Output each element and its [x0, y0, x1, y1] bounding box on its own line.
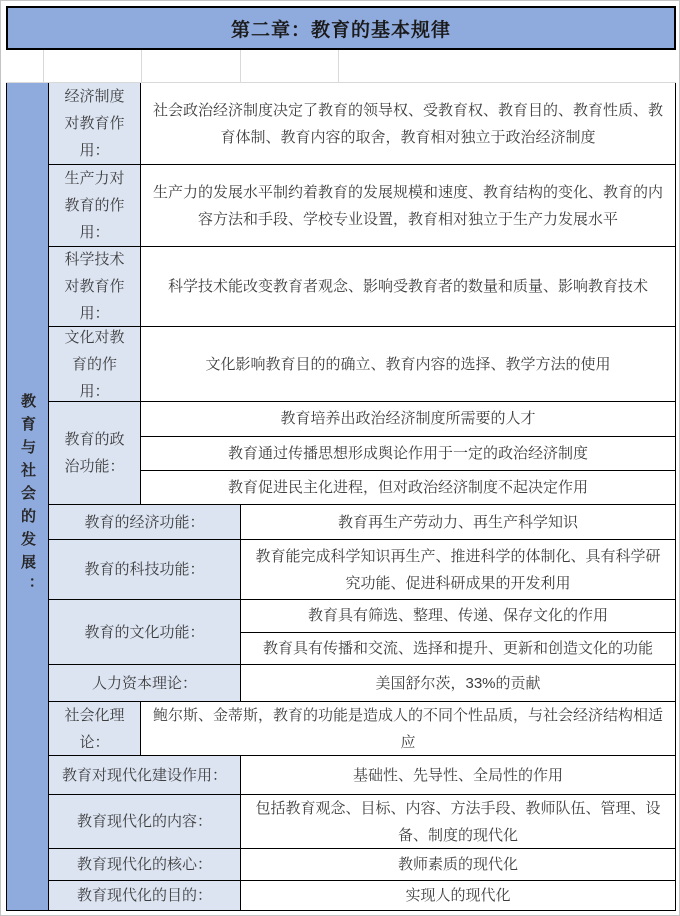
left-vertical-header: 教育与社会的发展： [7, 83, 49, 910]
sub-row-group: 教育培养出政治经济制度所需要的人才 教育通过传播思想形成舆论作用于一定的政治经济… [141, 402, 675, 504]
column-grid-line [240, 50, 241, 82]
row-content: 实现人的现代化 [241, 881, 675, 910]
row-label: 社会化理论： [49, 702, 141, 755]
row-content-text: 鲍尔斯、金蒂斯，教育的功能是造成人的不同个性品质，与社会经济结构相适应 [151, 702, 665, 756]
row-content-text: 教育能完成科学知识再生产、推进科学的体制化、具有科学研究功能、促进科研成果的开发… [251, 543, 665, 597]
table-row: 文化对教育的作用： 文化影响教育目的的确立、教育内容的选择、教学方法的使用 [49, 326, 675, 401]
table-row: 社会化理论： 鲍尔斯、金蒂斯，教育的功能是造成人的不同个性品质，与社会经济结构相… [49, 701, 675, 755]
page-title: 第二章：教育的基本规律 [231, 15, 451, 42]
row-label-text: 教育现代化的核心： [77, 851, 212, 878]
row-content-text: 社会政治经济制度决定了教育的领导权、受教育权、教育目的、教育性质、教育体制、教育… [151, 97, 665, 151]
table-row: 教育现代化的核心： 教师素质的现代化 [49, 848, 675, 880]
row-label-text: 教育现代化的内容： [77, 808, 212, 835]
row-content-text: 教师素质的现代化 [398, 851, 518, 878]
row-content-text: 文化影响教育目的的确立、教育内容的选择、教学方法的使用 [205, 351, 610, 378]
row-label: 教育对现代化建设作用： [49, 756, 241, 794]
table-rows: 经济制度对教育作用： 社会政治经济制度决定了教育的领导权、受教育权、教育目的、教… [49, 83, 675, 910]
sub-row-text: 教育通过传播思想形成舆论作用于一定的政治经济制度 [228, 442, 588, 466]
notes-table: 教育与社会的发展： 经济制度对教育作用： 社会政治经济制度决定了教育的领导权、受… [6, 83, 676, 911]
sub-row-text: 教育具有传播和交流、选择和提升、更新和创造文化的功能 [263, 637, 653, 661]
sub-row-text: 教育具有筛选、整理、传递、保存文化的作用 [308, 604, 608, 628]
row-label: 文化对教育的作用： [49, 327, 141, 401]
table-row: 教育的政治功能： 教育培养出政治经济制度所需要的人才 教育通过传播思想形成舆论作… [49, 401, 675, 504]
row-label-text: 教育对现代化建设作用： [62, 762, 227, 789]
left-vertical-header-text: 教育与社会的发展： [17, 393, 38, 600]
table-row: 教育的科技功能： 教育能完成科学知识再生产、推进科学的体制化、具有科学研究功能、… [49, 539, 675, 599]
row-label: 教育的经济功能： [49, 505, 241, 539]
row-content: 文化影响教育目的的确立、教育内容的选择、教学方法的使用 [141, 327, 675, 401]
row-label-text: 教育的文化功能： [84, 619, 204, 646]
row-label: 教育现代化的目的： [49, 881, 241, 910]
row-content: 教育再生产劳动力、再生产科学知识 [241, 505, 675, 539]
row-content: 教育能完成科学知识再生产、推进科学的体制化、具有科学研究功能、促进科研成果的开发… [241, 540, 675, 599]
row-label: 经济制度对教育作用： [49, 83, 141, 164]
row-label-text: 科学技术对教育作用： [64, 246, 125, 327]
sub-row-text: 教育培养出政治经济制度所需要的人才 [280, 407, 535, 431]
row-content-text: 科学技术能改变教育者观念、影响受教育者的数量和质量、影响教育技术 [168, 273, 648, 300]
row-content: 科学技术能改变教育者观念、影响受教育者的数量和质量、影响教育技术 [141, 247, 675, 326]
sub-row-group: 教育具有筛选、整理、传递、保存文化的作用 教育具有传播和交流、选择和提升、更新和… [241, 600, 675, 664]
row-label: 科学技术对教育作用： [49, 247, 141, 326]
column-grid-line [43, 50, 44, 82]
column-grid-line [338, 50, 339, 82]
row-content-text: 美国舒尔茨，33%的贡献 [375, 670, 540, 697]
row-label: 教育的科技功能： [49, 540, 241, 599]
sub-row: 教育具有传播和交流、选择和提升、更新和创造文化的功能 [241, 632, 675, 664]
row-content-text: 基础性、先导性、全局性的作用 [353, 762, 563, 789]
chapter-title-band: 第二章：教育的基本规律 [6, 6, 676, 50]
table-row: 教育现代化的目的： 实现人的现代化 [49, 880, 675, 910]
table-row: 教育现代化的内容： 包括教育观念、目标、内容、方法手段、教师队伍、管理、设备、制… [49, 794, 675, 848]
row-content-text: 包括教育观念、目标、内容、方法手段、教师队伍、管理、设备、制度的现代化 [251, 795, 665, 849]
row-label-text: 社会化理论： [64, 702, 125, 756]
row-content-text: 教育再生产劳动力、再生产科学知识 [338, 509, 578, 536]
document-page: 第二章：教育的基本规律 教育与社会的发展： 经济制度对教育作用： 社会政治经济制… [0, 0, 680, 916]
row-content: 包括教育观念、目标、内容、方法手段、教师队伍、管理、设备、制度的现代化 [241, 795, 675, 848]
table-row: 教育对现代化建设作用： 基础性、先导性、全局性的作用 [49, 755, 675, 794]
row-content-text: 生产力的发展水平制约着教育的发展规模和速度、教育结构的变化、教育的内容方法和手段… [151, 179, 665, 233]
row-label: 教育的文化功能： [49, 600, 241, 664]
row-label-text: 生产力对教育的作用： [64, 165, 125, 246]
column-grid-line [141, 50, 142, 82]
row-content: 美国舒尔茨，33%的贡献 [241, 665, 675, 701]
row-label-text: 教育现代化的目的： [77, 882, 212, 909]
row-label: 教育的政治功能： [49, 402, 141, 504]
row-label-text: 教育的科技功能： [84, 556, 204, 583]
table-row: 科学技术对教育作用： 科学技术能改变教育者观念、影响受教育者的数量和质量、影响教… [49, 246, 675, 326]
sub-row: 教育培养出政治经济制度所需要的人才 [141, 402, 675, 436]
row-content: 鲍尔斯、金蒂斯，教育的功能是造成人的不同个性品质，与社会经济结构相适应 [141, 702, 675, 755]
spacer-row [6, 50, 676, 83]
table-row: 教育的文化功能： 教育具有筛选、整理、传递、保存文化的作用 教育具有传播和交流、… [49, 599, 675, 664]
row-label: 生产力对教育的作用： [49, 165, 141, 246]
sub-row: 教育通过传播思想形成舆论作用于一定的政治经济制度 [141, 436, 675, 470]
row-label: 人力资本理论： [49, 665, 241, 701]
row-label-text: 教育的政治功能： [64, 426, 125, 480]
table-row: 经济制度对教育作用： 社会政治经济制度决定了教育的领导权、受教育权、教育目的、教… [49, 83, 675, 164]
row-label-text: 文化对教育的作用： [64, 324, 125, 405]
sub-row: 教育具有筛选、整理、传递、保存文化的作用 [241, 600, 675, 632]
row-label: 教育现代化的核心： [49, 849, 241, 880]
row-label-text: 经济制度对教育作用： [64, 83, 125, 164]
row-content: 社会政治经济制度决定了教育的领导权、受教育权、教育目的、教育性质、教育体制、教育… [141, 83, 675, 164]
row-content-text: 实现人的现代化 [405, 882, 510, 909]
row-label: 教育现代化的内容： [49, 795, 241, 848]
table-row: 生产力对教育的作用： 生产力的发展水平制约着教育的发展规模和速度、教育结构的变化… [49, 164, 675, 246]
table-row: 人力资本理论： 美国舒尔茨，33%的贡献 [49, 664, 675, 701]
row-content: 基础性、先导性、全局性的作用 [241, 756, 675, 794]
sub-row: 教育促进民主化进程，但对政治经济制度不起决定作用 [141, 470, 675, 504]
row-content: 生产力的发展水平制约着教育的发展规模和速度、教育结构的变化、教育的内容方法和手段… [141, 165, 675, 246]
sub-row-text: 教育促进民主化进程，但对政治经济制度不起决定作用 [228, 476, 588, 500]
row-label-text: 人力资本理论： [92, 670, 197, 697]
row-label-text: 教育的经济功能： [84, 509, 204, 536]
row-content: 教师素质的现代化 [241, 849, 675, 880]
table-row: 教育的经济功能： 教育再生产劳动力、再生产科学知识 [49, 504, 675, 539]
